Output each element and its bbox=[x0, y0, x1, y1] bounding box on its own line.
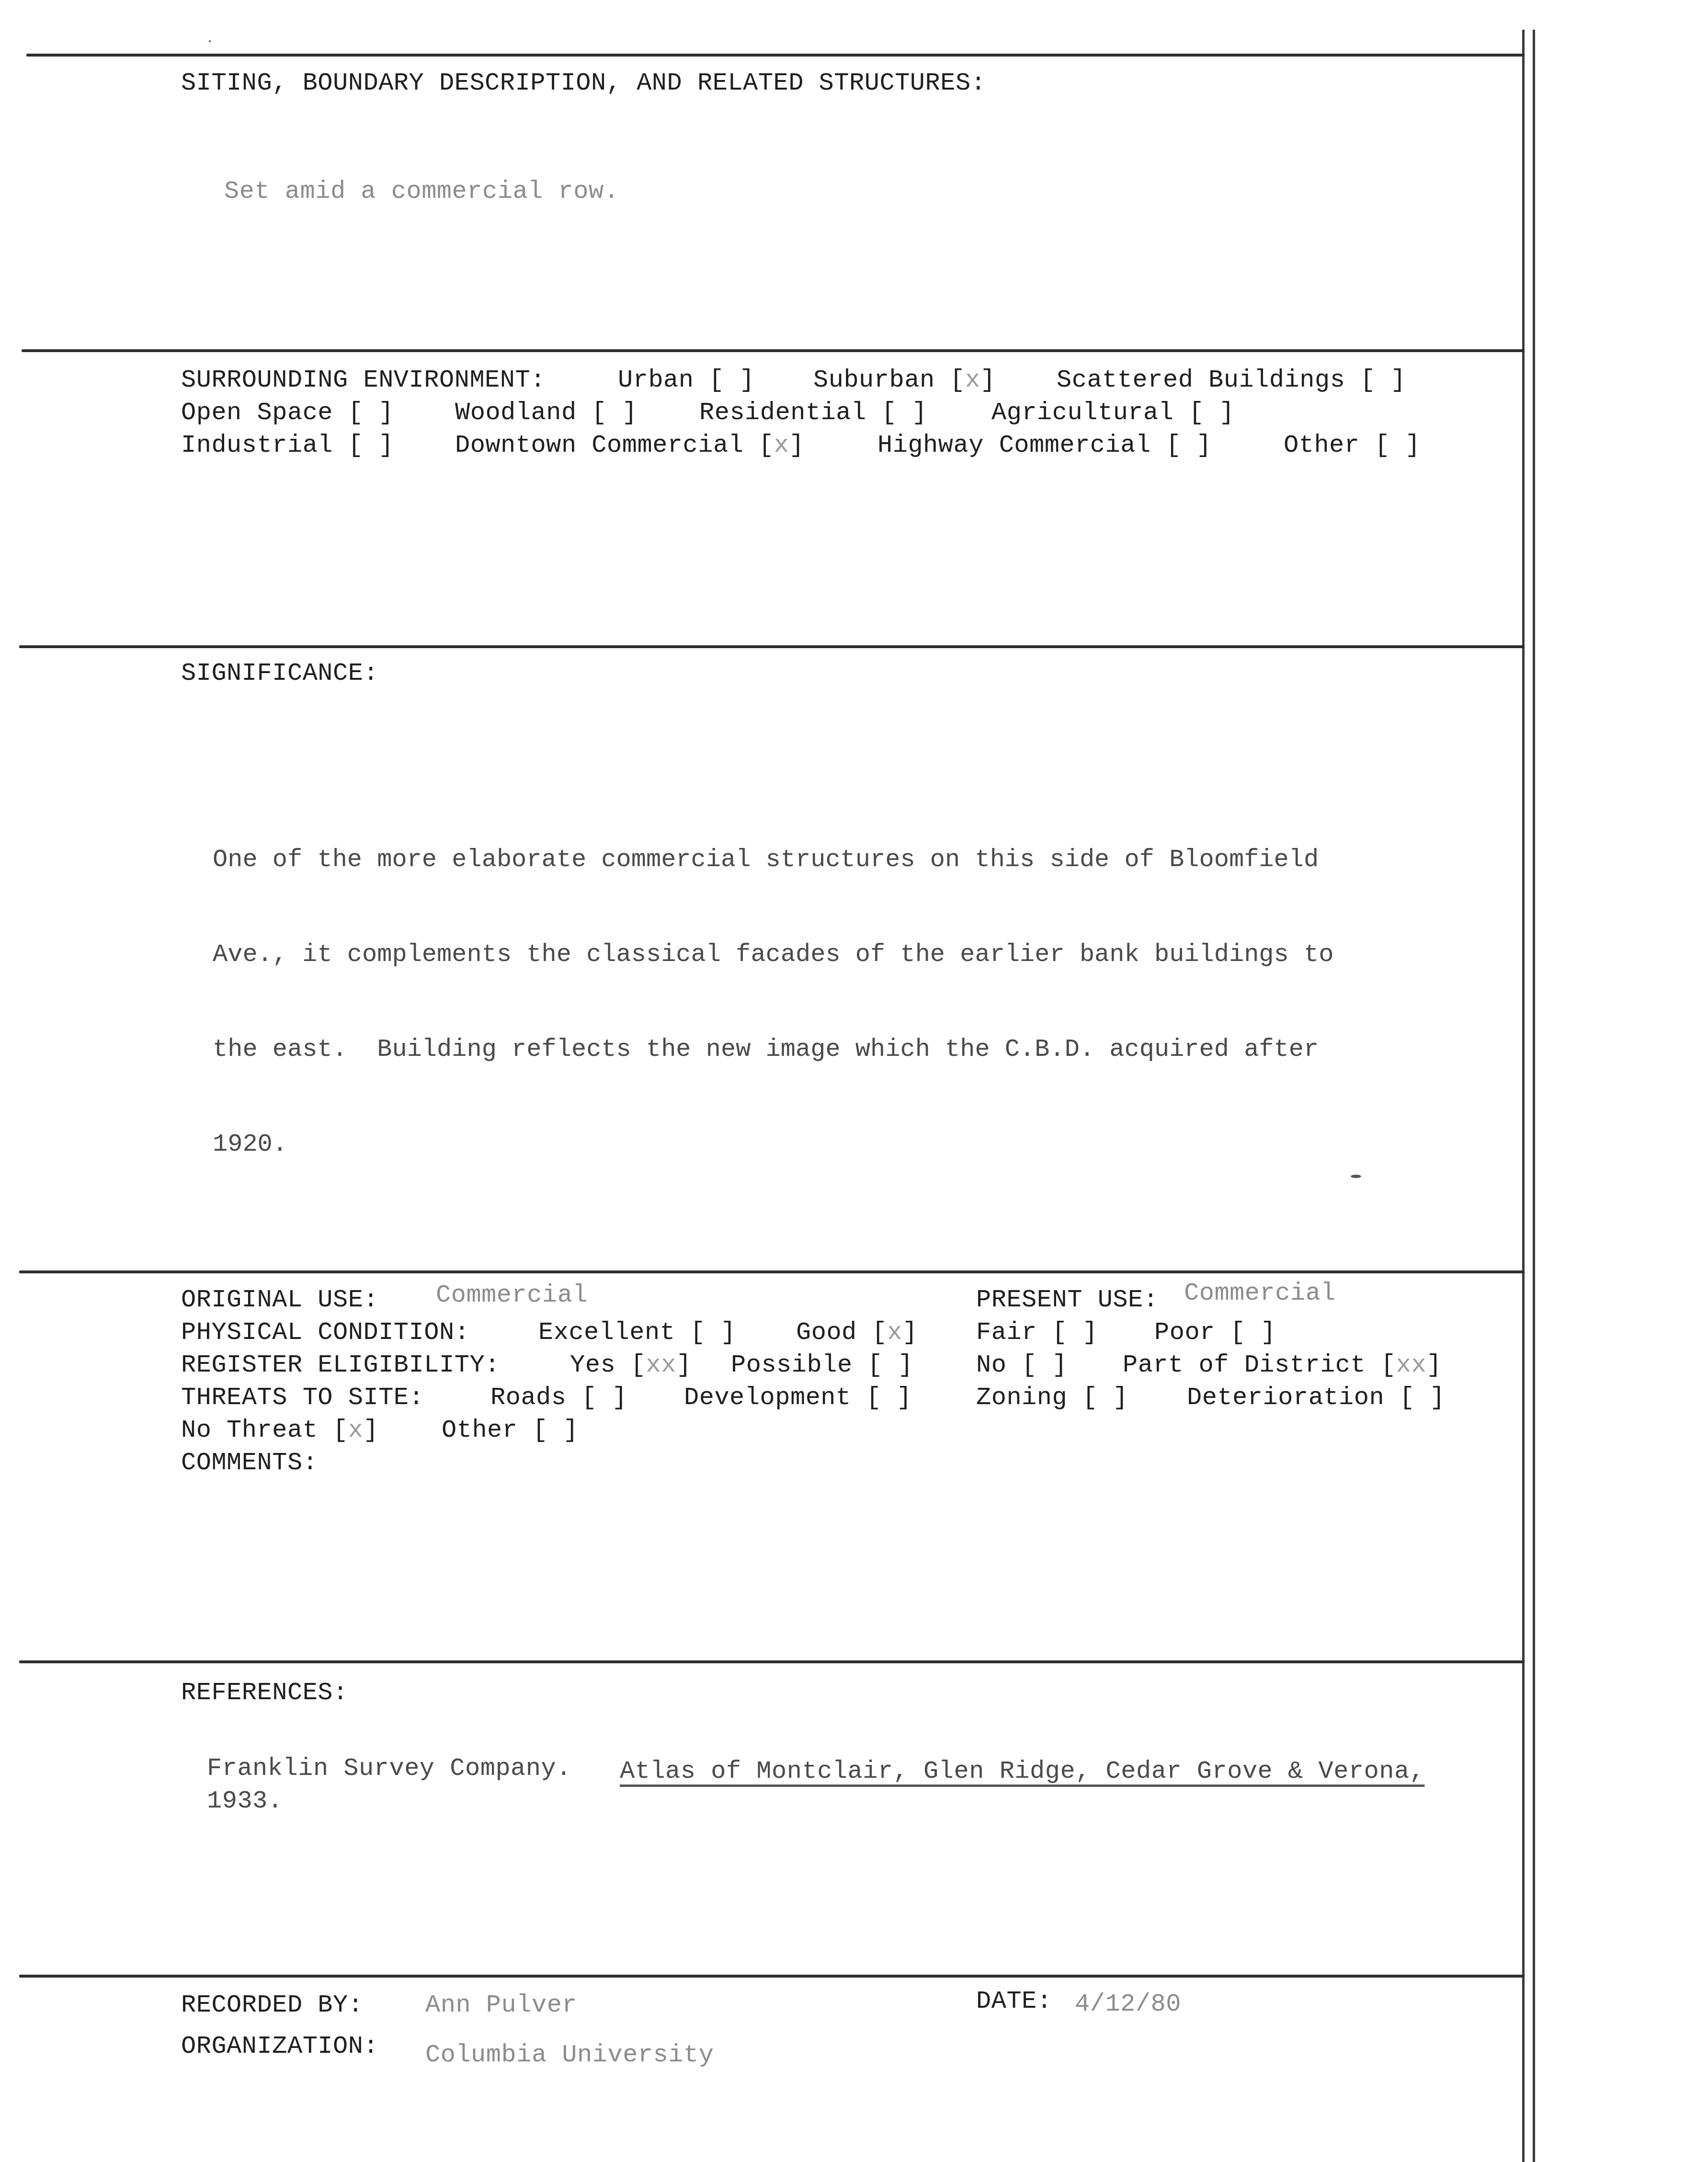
condition-option-good[interactable]: Good [x] bbox=[796, 1316, 918, 1349]
section-divider-6 bbox=[19, 1975, 1525, 1978]
env-option-suburban[interactable]: Suburban [x] bbox=[813, 364, 996, 397]
scan-speck bbox=[209, 40, 211, 42]
reference-year: 1933. bbox=[207, 1785, 283, 1818]
organization-label: ORGANIZATION: bbox=[181, 2030, 378, 2063]
env-option-urban[interactable]: Urban [ ] bbox=[618, 364, 754, 397]
env-option-woodland[interactable]: Woodland [ ] bbox=[455, 397, 638, 429]
original-use-value: Commercial bbox=[436, 1279, 588, 1312]
env-option-highway-commercial[interactable]: Highway Commercial [ ] bbox=[877, 429, 1212, 462]
environment-heading: SURROUNDING ENVIRONMENT: bbox=[181, 364, 546, 397]
condition-option-poor[interactable]: Poor [ ] bbox=[1154, 1316, 1276, 1349]
eligibility-option-yes[interactable]: Yes [xx] bbox=[570, 1349, 692, 1382]
recorded-by-value: Ann Pulver bbox=[425, 1989, 577, 2022]
significance-line: the east. Building reflects the new imag… bbox=[213, 1034, 1333, 1065]
physical-condition-label: PHYSICAL CONDITION: bbox=[181, 1316, 469, 1349]
eligibility-option-possible[interactable]: Possible [ ] bbox=[731, 1349, 913, 1382]
eligibility-option-part-of-district[interactable]: Part of District [xx] bbox=[1123, 1349, 1442, 1382]
condition-option-excellent[interactable]: Excellent [ ] bbox=[538, 1316, 736, 1349]
references-heading: REFERENCES: bbox=[181, 1677, 348, 1709]
env-option-industrial[interactable]: Industrial [ ] bbox=[181, 429, 394, 462]
date-label: DATE: bbox=[976, 1985, 1052, 2018]
original-use-label: ORIGINAL USE: bbox=[181, 1284, 378, 1316]
section-divider-2 bbox=[22, 349, 1525, 352]
significance-line: Ave., it complements the classical facad… bbox=[213, 939, 1333, 971]
scan-speck bbox=[1351, 1175, 1361, 1178]
env-option-scattered-buildings[interactable]: Scattered Buildings [ ] bbox=[1057, 364, 1406, 397]
significance-line: One of the more elaborate commercial str… bbox=[213, 844, 1333, 876]
section-divider-3 bbox=[19, 645, 1525, 648]
reference-title: Atlas of Montclair, Glen Ridge, Cedar Gr… bbox=[620, 1755, 1424, 1788]
env-option-agricultural[interactable]: Agricultural [ ] bbox=[991, 397, 1234, 429]
condition-option-fair[interactable]: Fair [ ] bbox=[976, 1316, 1098, 1349]
threat-option-no-threat[interactable]: No Threat [x] bbox=[181, 1414, 378, 1447]
section-divider-5 bbox=[19, 1660, 1525, 1663]
recorded-by-label: RECORDED BY: bbox=[181, 1989, 363, 2022]
present-use-value: Commercial bbox=[1184, 1277, 1336, 1310]
reference-author: Franklin Survey Company. bbox=[207, 1752, 571, 1785]
present-use-label: PRESENT USE: bbox=[976, 1284, 1158, 1316]
significance-text: One of the more elaborate commercial str… bbox=[213, 781, 1333, 1192]
eligibility-option-no[interactable]: No [ ] bbox=[976, 1349, 1067, 1382]
significance-heading: SIGNIFICANCE: bbox=[181, 657, 378, 690]
right-border-outer bbox=[1533, 30, 1535, 2162]
threat-option-deterioration[interactable]: Deterioration [ ] bbox=[1187, 1382, 1445, 1414]
siting-heading: SITING, BOUNDARY DESCRIPTION, AND RELATE… bbox=[181, 67, 986, 100]
siting-value: Set amid a commercial row. bbox=[224, 175, 619, 208]
section-divider-4 bbox=[19, 1270, 1525, 1273]
threats-label: THREATS TO SITE: bbox=[181, 1382, 424, 1414]
env-option-other[interactable]: Other [ ] bbox=[1284, 429, 1420, 462]
comments-label: COMMENTS: bbox=[181, 1447, 318, 1479]
register-eligibility-label: REGISTER ELIGIBILITY: bbox=[181, 1349, 500, 1382]
threat-option-roads[interactable]: Roads [ ] bbox=[490, 1382, 627, 1414]
env-option-open-space[interactable]: Open Space [ ] bbox=[181, 397, 394, 429]
env-option-residential[interactable]: Residential [ ] bbox=[699, 397, 927, 429]
threat-option-development[interactable]: Development [ ] bbox=[684, 1382, 912, 1414]
threat-option-zoning[interactable]: Zoning [ ] bbox=[976, 1382, 1128, 1414]
significance-line: 1920. bbox=[213, 1129, 1333, 1160]
date-value: 4/12/80 bbox=[1075, 1988, 1181, 2021]
organization-value: Columbia University bbox=[425, 2039, 714, 2071]
env-option-downtown-commercial[interactable]: Downtown Commercial [x] bbox=[455, 429, 804, 462]
threat-option-other[interactable]: Other [ ] bbox=[442, 1414, 578, 1447]
section-divider-1 bbox=[26, 54, 1525, 57]
